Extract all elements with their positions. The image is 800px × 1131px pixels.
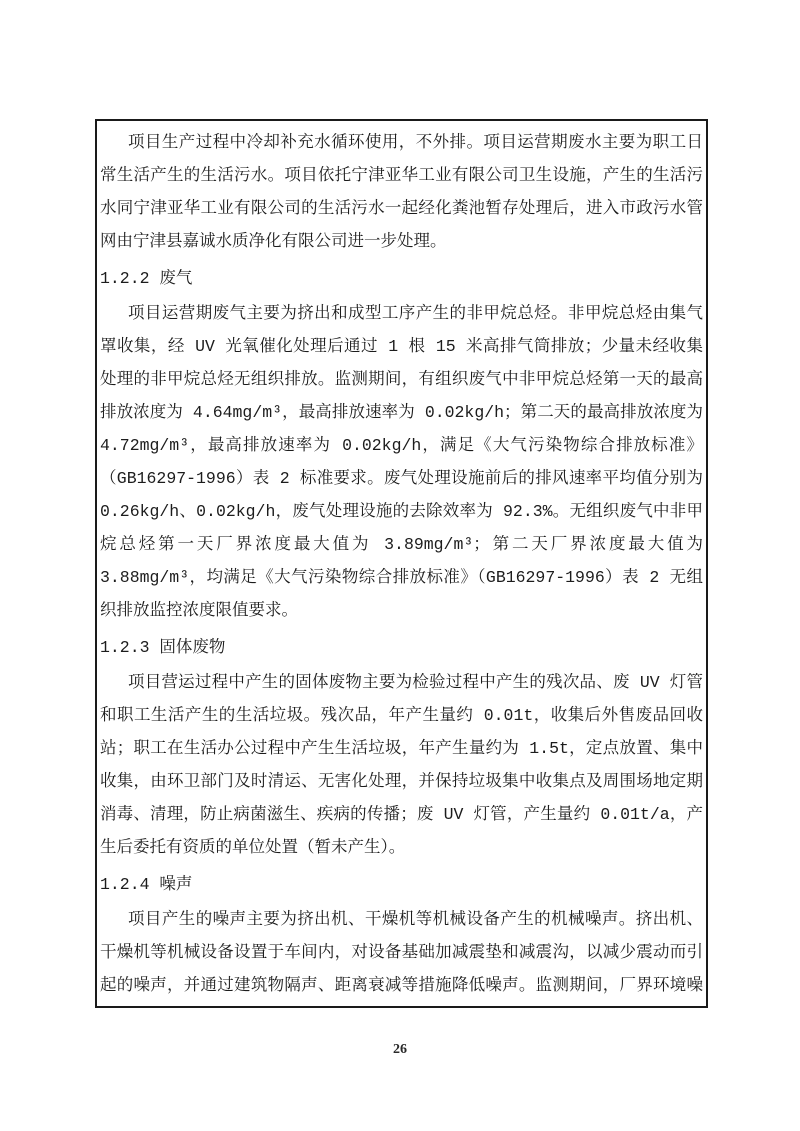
section-heading-waste-gas: 1.2.2 废气 <box>100 262 703 295</box>
page-number: 26 <box>0 1042 800 1058</box>
section-heading-solid-waste: 1.2.3 固体废物 <box>100 631 703 664</box>
section-heading-noise: 1.2.4 噪声 <box>100 868 703 901</box>
paragraph-waste-gas: 项目运营期废气主要为挤出和成型工序产生的非甲烷总烃。非甲烷总烃由集气罩收集，经 … <box>100 297 703 627</box>
paragraph-noise: 项目产生的噪声主要为挤出机、干燥机等机械设备产生的机械噪声。挤出机、干燥机等机械… <box>100 903 703 1008</box>
report-content-cell: 项目生产过程中冷却补充水循环使用，不外排。项目运营期废水主要为职工日常生活产生的… <box>95 119 708 1008</box>
paragraph-solid-waste: 项目营运过程中产生的固体废物主要为检验过程中产生的残次品、废 UV 灯管和职工生… <box>100 666 703 864</box>
document-page: 项目生产过程中冷却补充水循环使用，不外排。项目运营期废水主要为职工日常生活产生的… <box>0 0 800 1131</box>
paragraph-wastewater: 项目生产过程中冷却补充水循环使用，不外排。项目运营期废水主要为职工日常生活产生的… <box>100 126 703 258</box>
